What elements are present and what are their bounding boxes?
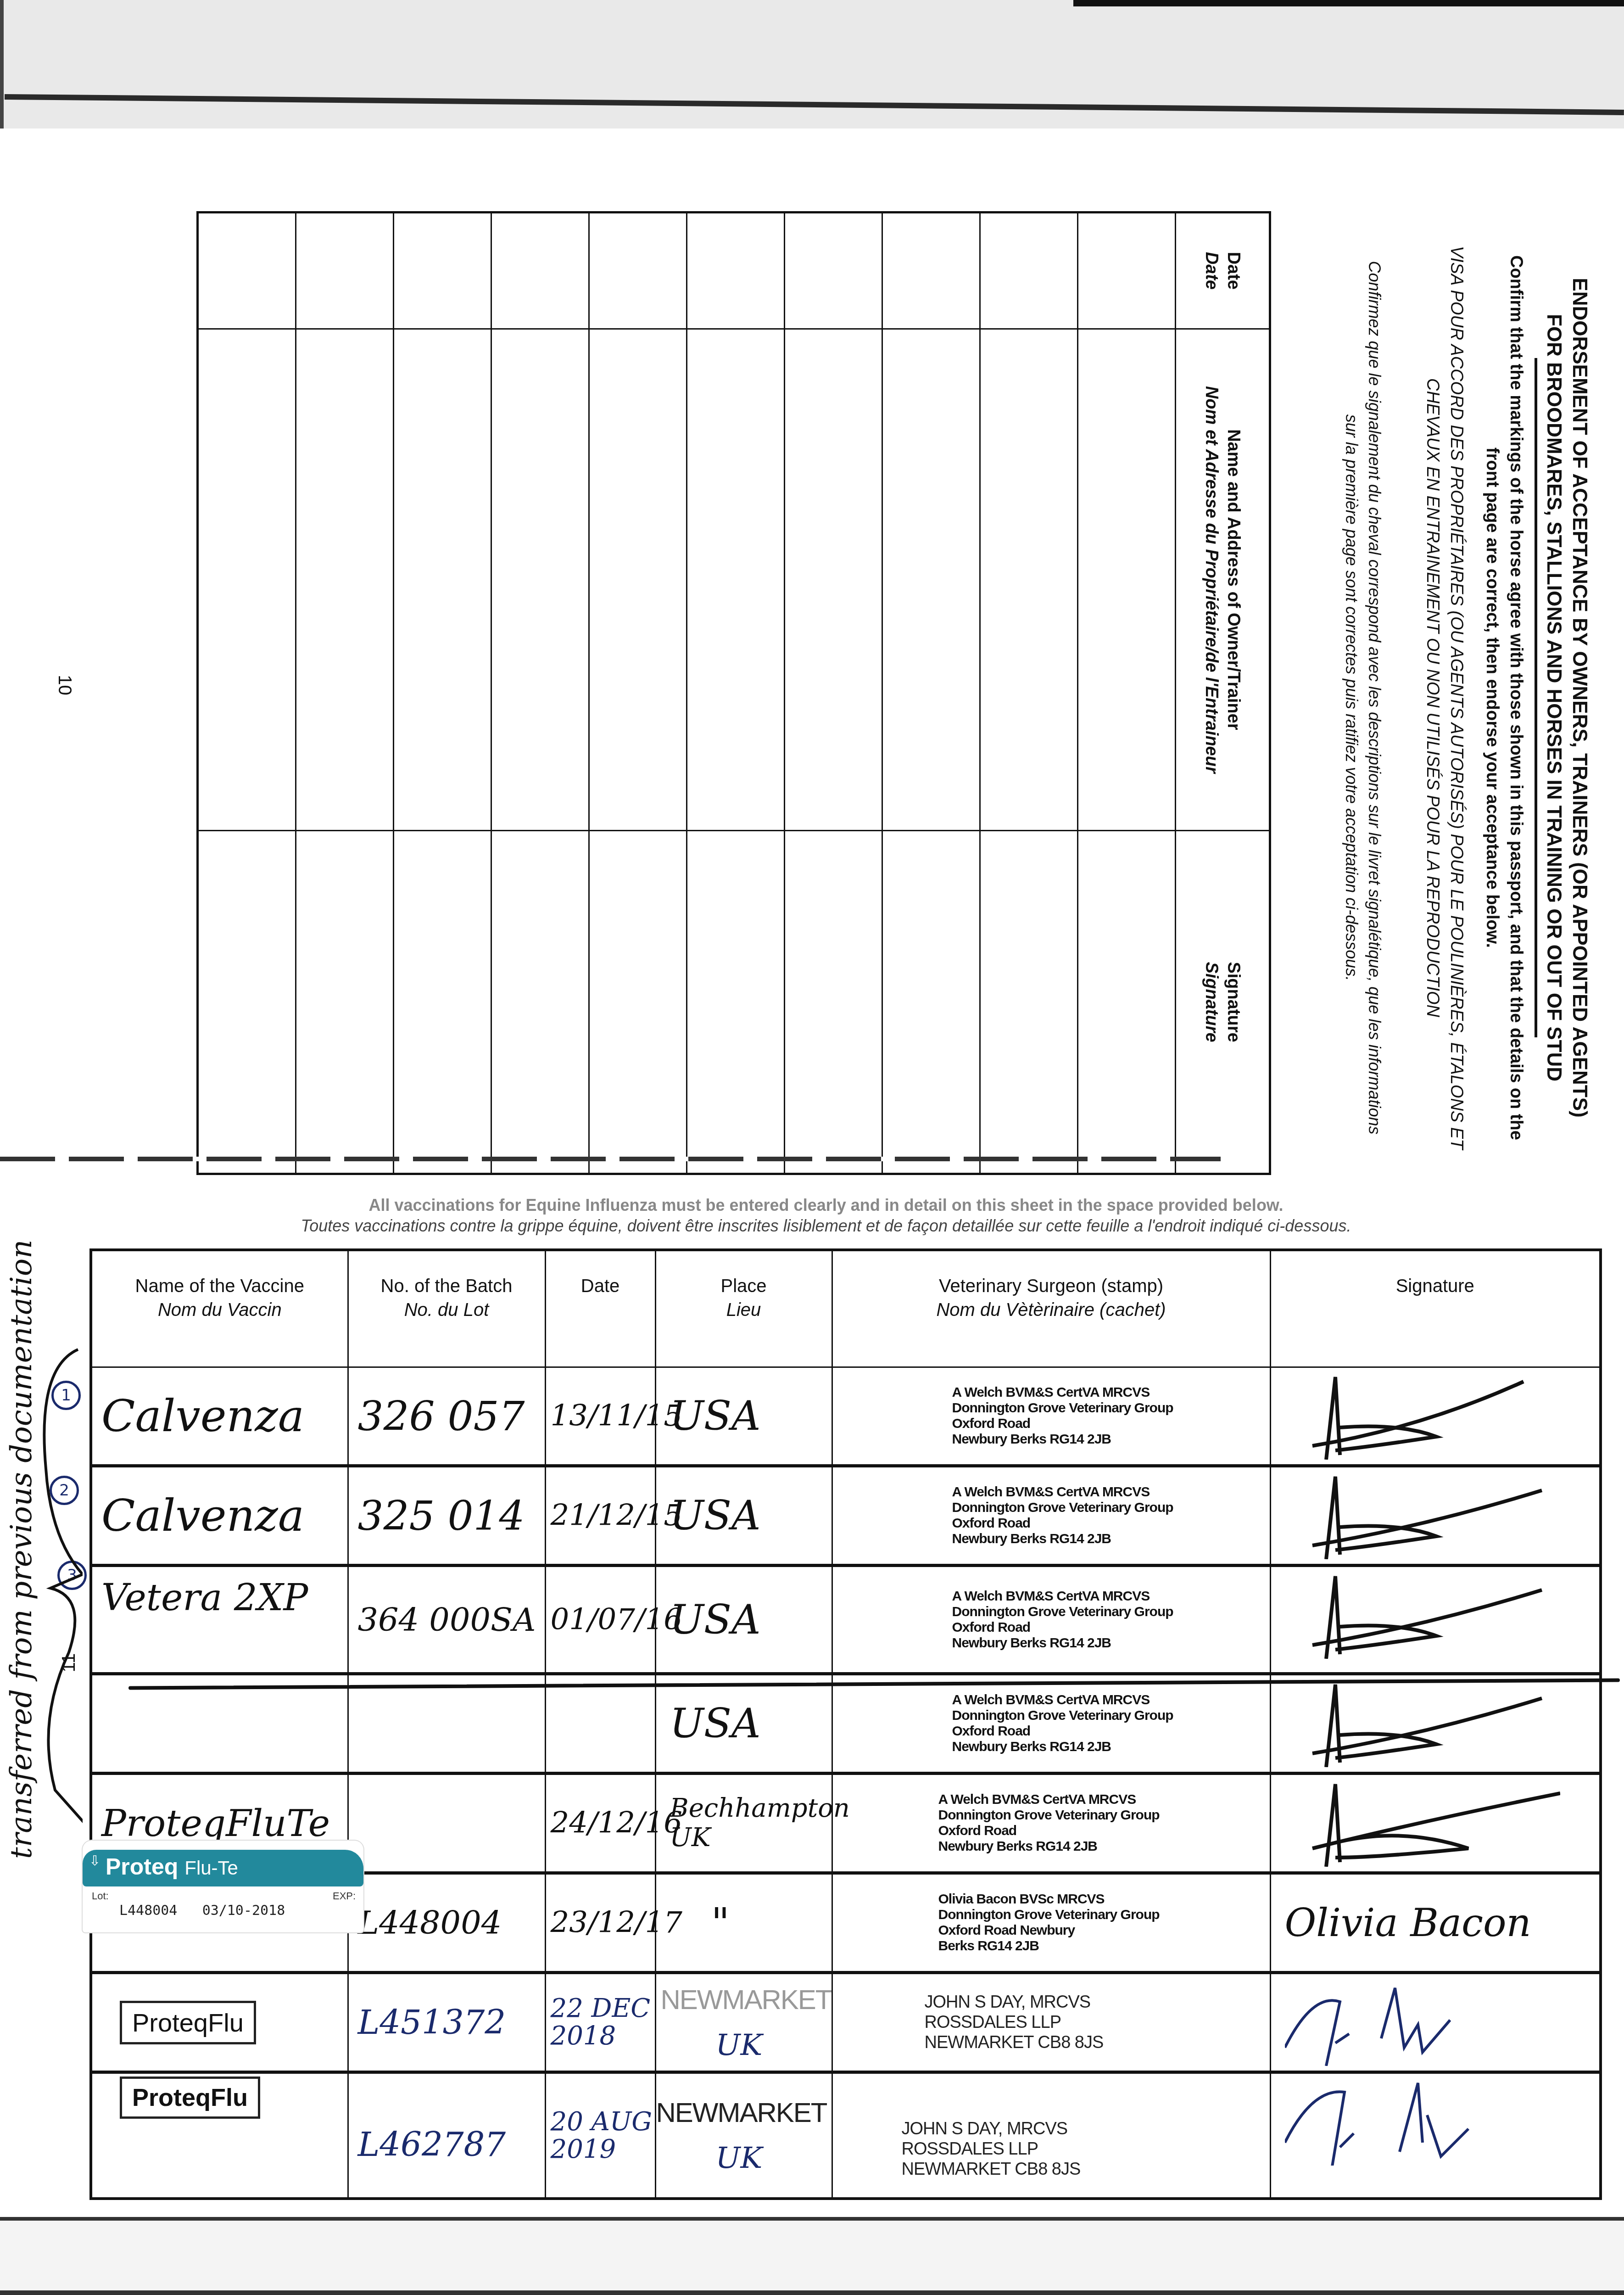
signature-cell[interactable] xyxy=(1270,1973,1601,2072)
date-cell[interactable]: 24/12/16 xyxy=(545,1774,655,1873)
scan-edge xyxy=(1073,0,1624,6)
signature-cell[interactable] xyxy=(296,831,394,1174)
place-handwritten: UK xyxy=(656,2141,763,2175)
vet-stamp-cell[interactable]: A Welch BVM&S CertVA MRCVS Donnington Gr… xyxy=(832,1566,1270,1674)
table-row: Calvenza 326 057 13/11/15 USA A Welch BV… xyxy=(91,1367,1601,1466)
place-cell[interactable]: " xyxy=(655,1873,832,1973)
header-en: No. of the Batch xyxy=(381,1276,513,1296)
date-cell[interactable] xyxy=(882,213,980,329)
signature-scribble-icon xyxy=(1285,1680,1560,1767)
vet-stamp-cell[interactable]: JOHN S DAY, MRCVS ROSSDALES LLP NEWMARKE… xyxy=(832,1973,1270,2072)
vet-stamp-cell[interactable]: A Welch BVM&S CertVA MRCVS Donnington Gr… xyxy=(832,1367,1270,1466)
header-signature: Signature Signature xyxy=(1176,831,1270,1174)
vet-line: Newbury Berks RG14 2JB xyxy=(952,1432,1269,1447)
title-rule xyxy=(1535,358,1537,1037)
owner-cell[interactable] xyxy=(882,329,980,830)
header-date: Date Date xyxy=(1176,213,1270,329)
vet-line: Donnington Grove Veterinary Group xyxy=(938,1808,1269,1823)
header-en: Date xyxy=(581,1276,620,1296)
endorsement-page: ENDORSEMENT OF ACCEPTANCE BY OWNERS, TRA… xyxy=(101,220,1592,1175)
owner-cell[interactable] xyxy=(296,329,394,830)
table-header-row: Name of the VaccineNom du Vaccin No. of … xyxy=(91,1250,1601,1367)
signature-cell[interactable] xyxy=(589,831,687,1174)
owner-cell[interactable] xyxy=(589,329,687,830)
table-row xyxy=(296,213,394,1174)
signature-cell[interactable] xyxy=(394,831,491,1174)
confirm-instruction-en: Confirm that the markings of the horse a… xyxy=(1480,239,1528,1157)
header-en: Place xyxy=(720,1276,766,1296)
owner-cell[interactable] xyxy=(1078,329,1176,830)
vet-stamp-cell[interactable]: A Welch BVM&S CertVA MRCVS Donnington Gr… xyxy=(832,1466,1270,1566)
table-row xyxy=(785,213,882,1174)
table-row xyxy=(394,213,491,1174)
place-stamp: NEWMARKET xyxy=(661,1979,831,2021)
batch-cell[interactable] xyxy=(348,1774,545,1873)
signature-cell[interactable] xyxy=(1270,1674,1601,1774)
signature-cell[interactable]: Olivia Bacon xyxy=(1270,1873,1601,1973)
visa-instruction-fr: VISA POUR ACCORD DES PROPRIÉTAIRES (OU A… xyxy=(1421,239,1468,1157)
header-signature: Signature xyxy=(1270,1250,1601,1367)
vet-stamp-cell[interactable]: JOHN S DAY, MRCVS ROSSDALES LLP NEWMARKE… xyxy=(832,2072,1270,2199)
signature-cell[interactable] xyxy=(491,831,589,1174)
header-batch-number: No. of the BatchNo. du Lot xyxy=(348,1250,545,1367)
place-cell[interactable]: USA xyxy=(655,1367,832,1466)
vet-line: Oxford Road xyxy=(952,1620,1269,1635)
vet-line: Donnington Grove Veterinary Group xyxy=(952,1400,1269,1416)
header-veterinary-surgeon: Veterinary Surgeon (stamp)Nom du Vètèrin… xyxy=(832,1250,1270,1367)
batch-cell[interactable]: L451372 xyxy=(348,1973,545,2072)
exp-label: EXP: xyxy=(333,1890,356,1902)
vet-line: A Welch BVM&S CertVA MRCVS xyxy=(938,1792,1269,1808)
product-name: Flu-Te xyxy=(184,1857,238,1879)
signature-scribble-icon xyxy=(1285,1780,1560,1867)
vet-line: A Welch BVM&S CertVA MRCVS xyxy=(952,1484,1269,1500)
vet-line: A Welch BVM&S CertVA MRCVS xyxy=(952,1692,1269,1708)
date-cell[interactable] xyxy=(296,213,394,329)
vet-line: Donnington Grove Veterinary Group xyxy=(952,1604,1269,1620)
date-cell[interactable]: 22 DEC 2018 xyxy=(545,1973,655,2072)
place-cell[interactable]: USA xyxy=(655,1566,832,1674)
place-handwritten: UK xyxy=(661,2028,763,2062)
header-date: Date xyxy=(545,1250,655,1367)
header-fr: Nom du Vètèrinaire (cachet) xyxy=(833,1298,1269,1322)
place-cell[interactable]: USA xyxy=(655,1466,832,1566)
place-cell[interactable]: Bechhampton UK xyxy=(655,1774,832,1873)
vet-stamp-cell[interactable]: A Welch BVM&S CertVA MRCVS Donnington Gr… xyxy=(832,1674,1270,1774)
signature-cell[interactable] xyxy=(198,831,296,1174)
signature-cell[interactable] xyxy=(1270,1774,1601,1873)
vaccine-name-cell[interactable]: ProteqFlu xyxy=(91,1973,348,2072)
date-cell[interactable]: 01/07/16 xyxy=(545,1566,655,1674)
title-line-1: ENDORSEMENT OF ACCEPTANCE BY OWNERS, TRA… xyxy=(1567,220,1592,1175)
vet-line: Oxford Road xyxy=(952,1416,1269,1432)
table-row: ProteqFlu L462787 20 AUG 2019 NEWMARKET … xyxy=(91,2072,1601,2199)
vaccine-stamp: ProteqFlu xyxy=(120,2077,260,2119)
table-row: ProteqFlu L451372 22 DEC 2018 NEWMARKET … xyxy=(91,1973,1601,2072)
vet-line: Oxford Road xyxy=(952,1724,1269,1739)
header-en: Name and Address of Owner/Trainer xyxy=(1224,429,1243,730)
date-cell[interactable] xyxy=(394,213,491,329)
header-owner-name-address: Name and Address of Owner/Trainer Nom et… xyxy=(1176,329,1270,830)
vet-stamp-cell[interactable]: A Welch BVM&S CertVA MRCVS Donnington Gr… xyxy=(832,1774,1270,1873)
vet-line: Newbury Berks RG14 2JB xyxy=(938,1839,1269,1854)
signature-cell[interactable] xyxy=(1270,1566,1601,1674)
vet-line: Donnington Grove Veterinary Group xyxy=(952,1708,1269,1724)
vet-line: JOHN S DAY, MRCVS xyxy=(902,2119,1269,2139)
vet-line: Newbury Berks RG14 2JB xyxy=(952,1739,1269,1755)
table-header-row: Date Date Name and Address of Owner/Trai… xyxy=(1176,213,1270,1174)
header-fr: No. du Lot xyxy=(349,1298,544,1322)
vet-line: Oxford Road xyxy=(938,1823,1269,1839)
batch-cell[interactable] xyxy=(348,1674,545,1774)
table-row xyxy=(491,213,589,1174)
table-row xyxy=(882,213,980,1174)
vet-line: Donnington Grove Veterinary Group xyxy=(938,1907,1269,1923)
vaccine-name-cell[interactable]: Calvenza xyxy=(91,1367,348,1466)
vet-line: Berks RG14 2JB xyxy=(938,1938,1269,1954)
header-en: Veterinary Surgeon (stamp) xyxy=(939,1276,1163,1296)
table-row xyxy=(687,213,785,1174)
date-cell[interactable] xyxy=(1078,213,1176,329)
vet-line: ROSSDALES LLP xyxy=(925,2012,1269,2032)
date-cell[interactable] xyxy=(545,1674,655,1774)
signature-cell[interactable] xyxy=(1270,1466,1601,1566)
signature-scribble-icon xyxy=(1285,1372,1560,1460)
vaccine-sticker-label: ⇩ Proteq Flu-Te Lot: EXP: L448004 03/10-… xyxy=(83,1841,363,1932)
lot-label: Lot: xyxy=(92,1890,109,1902)
vet-line: Oxford Road Newbury xyxy=(938,1923,1269,1938)
vaccination-table: Name of the VaccineNom du Vaccin No. of … xyxy=(89,1248,1602,2200)
batch-cell[interactable]: L448004 xyxy=(348,1873,545,1973)
vet-line: Newbury Berks RG14 2JB xyxy=(952,1531,1269,1547)
date-cell[interactable]: 20 AUG 2019 xyxy=(545,2072,655,2199)
lot-value: L448004 xyxy=(119,1903,177,1919)
header-fr: Date xyxy=(1200,214,1222,328)
header-fr: Nom du Vaccin xyxy=(93,1298,347,1322)
vet-line: NEWMARKET CB8 8JS xyxy=(925,2032,1269,2053)
vet-stamp-cell[interactable]: Olivia Bacon BVSc MRCVS Donnington Grove… xyxy=(832,1873,1270,1973)
page-number: 10 xyxy=(54,675,75,695)
endorsement-title: ENDORSEMENT OF ACCEPTANCE BY OWNERS, TRA… xyxy=(1541,220,1592,1175)
margin-handwritten-note: transferred from previous documentation xyxy=(5,1240,39,1859)
table-row: Vetera 2XP 364 000SA 01/07/16 USA A Welc… xyxy=(91,1566,1601,1674)
batch-cell[interactable]: 325 014 xyxy=(348,1466,545,1566)
place-stamp: NEWMARKET xyxy=(656,2092,831,2133)
signature-cell[interactable] xyxy=(1270,1367,1601,1466)
vaccine-stamp: ProteqFlu xyxy=(120,2001,256,2044)
owner-endorsement-table: Date Date Name and Address of Owner/Trai… xyxy=(196,211,1271,1175)
confirm-instruction-fr: Confirmez que le signalement du cheval c… xyxy=(1340,248,1386,1147)
vet-line: Oxford Road xyxy=(952,1516,1269,1531)
date-cell[interactable]: 23/12/17 xyxy=(545,1873,655,1973)
table-row: Calvenza 325 014 21/12/15 USA A Welch BV… xyxy=(91,1466,1601,1566)
signature-cell[interactable] xyxy=(980,831,1078,1174)
date-cell[interactable] xyxy=(785,213,882,329)
date-cell[interactable] xyxy=(198,213,296,329)
place-cell[interactable]: NEWMARKET UK xyxy=(655,2072,832,2199)
page-number: 11 xyxy=(59,1653,79,1673)
exp-value: 03/10-2018 xyxy=(202,1903,285,1919)
date-cell[interactable] xyxy=(687,213,785,329)
owner-cell[interactable] xyxy=(394,329,491,830)
batch-cell[interactable]: 326 057 xyxy=(348,1367,545,1466)
vet-line: JOHN S DAY, MRCVS xyxy=(925,1992,1269,2012)
lot-exp-values: L448004 03/10-2018 xyxy=(119,1903,285,1919)
date-cell[interactable]: 21/12/15 xyxy=(545,1466,655,1566)
header-en: Signature xyxy=(1224,962,1243,1042)
vet-line: ROSSDALES LLP xyxy=(902,2139,1269,2159)
vet-line: A Welch BVM&S CertVA MRCVS xyxy=(952,1385,1269,1400)
owner-cell[interactable] xyxy=(687,329,785,830)
vaccine-name-cell[interactable]: Calvenza xyxy=(91,1466,348,1566)
signature-cell[interactable] xyxy=(1078,831,1176,1174)
place-cell[interactable]: NEWMARKET UK xyxy=(655,1973,832,2072)
place-cell[interactable]: USA xyxy=(655,1674,832,1774)
owner-cell[interactable] xyxy=(198,329,296,830)
signature-scribble-icon xyxy=(1285,2078,1560,2166)
vaccination-instruction-en: All vaccinations for Equine Influenza mu… xyxy=(138,1196,1514,1215)
scan-background-bottom xyxy=(0,2217,1624,2295)
date-cell[interactable] xyxy=(589,213,687,329)
signature-scribble-icon xyxy=(1285,1572,1560,1659)
signature-scribble-icon xyxy=(1285,1979,1560,2066)
vet-line: Olivia Bacon BVSc MRCVS xyxy=(938,1892,1269,1907)
title-line-2: FOR BROODMARES, STALLIONS AND HORSES IN … xyxy=(1541,220,1567,1175)
header-en: Name of the Vaccine xyxy=(135,1276,304,1296)
signature-scribble-icon xyxy=(1285,1472,1560,1559)
owner-cell[interactable] xyxy=(491,329,589,830)
vaccine-name-cell[interactable]: ProteqFlu xyxy=(91,2072,348,2199)
signature-cell[interactable] xyxy=(882,831,980,1174)
header-en: Date xyxy=(1224,252,1243,290)
date-cell[interactable]: 13/11/15 xyxy=(545,1367,655,1466)
vaccine-name-cell[interactable]: Vetera 2XP xyxy=(91,1566,348,1674)
header-fr: Signature xyxy=(1200,832,1222,1172)
header-fr: Nom et Adresse du Propriétaire/de l'Entr… xyxy=(1200,330,1222,829)
owner-cell[interactable] xyxy=(980,329,1078,830)
arrow-down-icon: ⇩ xyxy=(89,1854,103,1868)
header-place: PlaceLieu xyxy=(655,1250,832,1367)
sticker-brand: Proteq Flu-Te xyxy=(106,1853,238,1880)
vaccination-instruction-fr: Toutes vaccinations contre la grippe équ… xyxy=(138,1216,1514,1236)
vet-line: Donnington Grove Veterinary Group xyxy=(952,1500,1269,1516)
signature-cell[interactable] xyxy=(785,831,882,1174)
vet-line: Newbury Berks RG14 2JB xyxy=(952,1635,1269,1651)
vet-line: A Welch BVM&S CertVA MRCVS xyxy=(952,1589,1269,1604)
table-row xyxy=(589,213,687,1174)
brand-name: Proteq xyxy=(106,1854,178,1880)
table-row xyxy=(980,213,1078,1174)
page-fold xyxy=(0,1157,1221,1161)
table-row xyxy=(198,213,296,1174)
batch-cell[interactable]: L462787 xyxy=(348,2072,545,2199)
scan-edge xyxy=(0,0,4,129)
date-cell[interactable] xyxy=(491,213,589,329)
header-en: Signature xyxy=(1396,1276,1474,1296)
signature-cell[interactable] xyxy=(1270,2072,1601,2199)
signature-cell[interactable] xyxy=(687,831,785,1174)
owner-cell[interactable] xyxy=(785,329,882,830)
vet-line: NEWMARKET CB8 8JS xyxy=(902,2159,1269,2179)
table-row xyxy=(1078,213,1176,1174)
batch-cell[interactable]: 364 000SA xyxy=(348,1566,545,1674)
header-vaccine-name: Name of the VaccineNom du Vaccin xyxy=(91,1250,348,1367)
header-fr: Lieu xyxy=(657,1298,831,1322)
date-cell[interactable] xyxy=(980,213,1078,329)
